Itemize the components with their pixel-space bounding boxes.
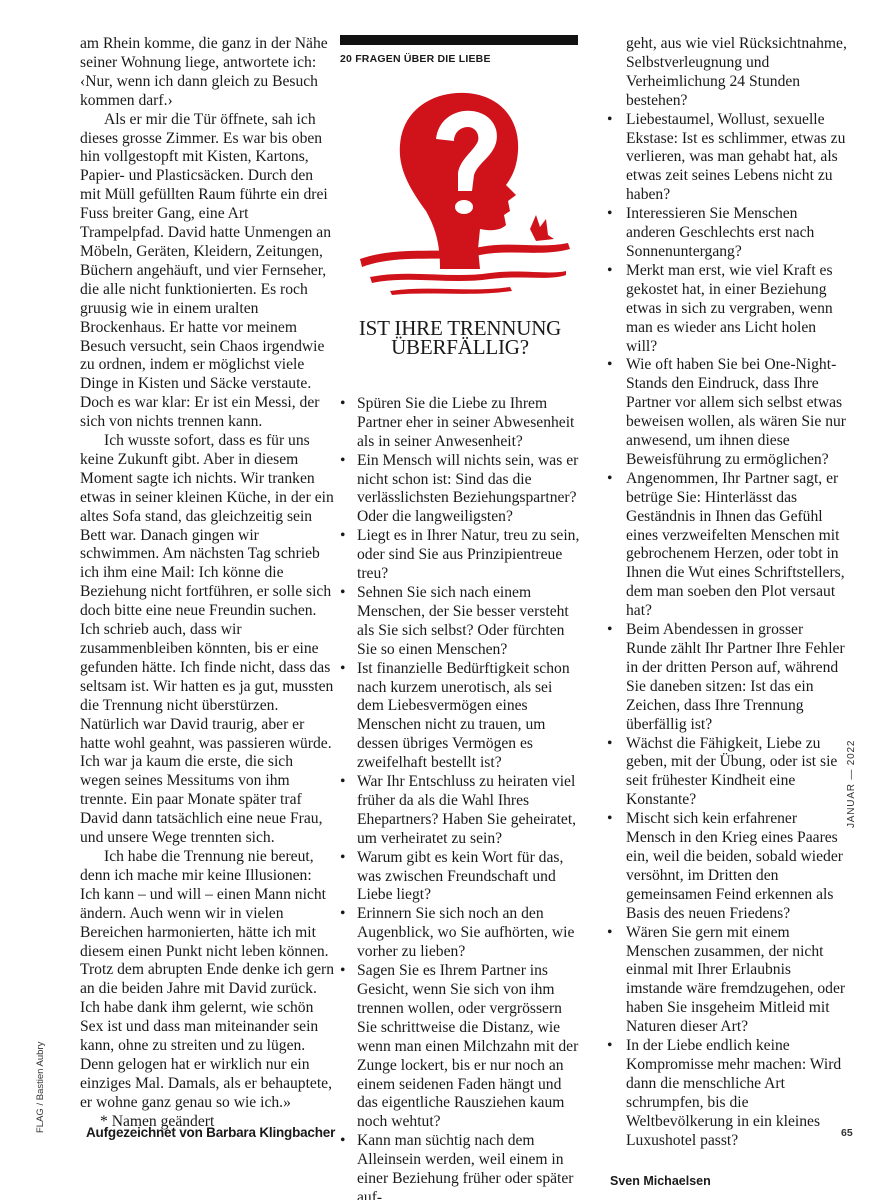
- question-item: Liebestaumel, Wollust, sexuelle Ekstase:…: [607, 111, 847, 206]
- question-item: Interessieren Sie Menschen anderen Gesch…: [607, 205, 847, 262]
- article-paragraph: Ich habe die Trennung nie bereut, denn i…: [80, 848, 335, 1113]
- article-credit: Aufgezeichnet von Barbara Klingbacher: [86, 1125, 335, 1140]
- question-list: Spüren Sie die Liebe zu Ihrem Partner eh…: [340, 395, 580, 1200]
- article-paragraph: am Rhein komme, die ganz in der Nähe sei…: [80, 35, 335, 111]
- column-top-spacer: [607, 8, 847, 35]
- article-paragraph: Ich wusste sofort, dass es für uns keine…: [80, 432, 335, 848]
- question-mark-head-icon: [340, 79, 580, 309]
- question-item: War Ihr Entschluss zu heiraten viel früh…: [340, 773, 580, 849]
- question-item: Liegt es in Ihrer Natur, treu zu sein, o…: [340, 527, 580, 584]
- sidebar-kicker: 20 FRAGEN ÜBER DIE LIEBE: [340, 50, 580, 69]
- article-body-column: am Rhein komme, die ganz in der Nähe sei…: [80, 35, 335, 1132]
- photo-credit: FLAG / Bastien Aubry: [35, 1042, 46, 1133]
- sidebar-headline: IST IHRE TRENNUNG ÜBERFÄLLIG?: [340, 319, 580, 357]
- question-item: Erinnern Sie sich noch an den Augenblick…: [340, 905, 580, 962]
- question-item: In der Liebe endlich keine Kompromisse m…: [607, 1037, 847, 1150]
- question-continuation: geht, aus wie viel Rücksichtnahme, Selbs…: [607, 35, 847, 111]
- sidebar-column-1: 20 FRAGEN ÜBER DIE LIEBE IST IHRE TRENNU…: [340, 35, 580, 1200]
- question-item: Wie oft haben Sie bei One-Night-Stands d…: [607, 356, 847, 469]
- issue-date: JANUAR — 2022: [846, 740, 857, 828]
- question-item: Mischt sich kein erfahrener Mensch in de…: [607, 810, 847, 923]
- sidebar-author: Sven Michaelsen: [607, 1172, 847, 1191]
- question-item: Kann man süchtig nach dem Alleinsein wer…: [340, 1132, 580, 1200]
- article-paragraph: Als er mir die Tür öffnete, sah ich dies…: [80, 111, 335, 432]
- page-number: 65: [841, 1127, 853, 1139]
- sidebar-top-rule: [340, 35, 578, 45]
- question-item: Sehnen Sie sich nach einem Menschen, der…: [340, 584, 580, 660]
- question-item: Ist finanzielle Bedürftigkeit schon nach…: [340, 660, 580, 773]
- headline-line: ÜBERFÄLLIG?: [340, 338, 580, 357]
- question-item: Spüren Sie die Liebe zu Ihrem Partner eh…: [340, 395, 580, 452]
- question-item: Warum gibt es kein Wort für das, was zwi…: [340, 849, 580, 906]
- sidebar-column-2: geht, aus wie viel Rücksichtnahme, Selbs…: [607, 8, 847, 1191]
- question-item: Beim Abendessen in grosser Runde zählt I…: [607, 621, 847, 734]
- question-item: Wächst die Fähigkeit, Liebe zu geben, mi…: [607, 735, 847, 811]
- question-item: Merkt man erst, wie viel Kraft es gekost…: [607, 262, 847, 357]
- question-item: Sagen Sie es Ihrem Partner ins Gesicht, …: [340, 962, 580, 1132]
- question-item: Angenommen, Ihr Partner sagt, er betrüge…: [607, 470, 847, 621]
- question-list: Liebestaumel, Wollust, sexuelle Ekstase:…: [607, 111, 847, 1151]
- question-item: Ein Mensch will nichts sein, was er nich…: [340, 452, 580, 528]
- question-item: Wären Sie gern mit einem Menschen zusamm…: [607, 924, 847, 1037]
